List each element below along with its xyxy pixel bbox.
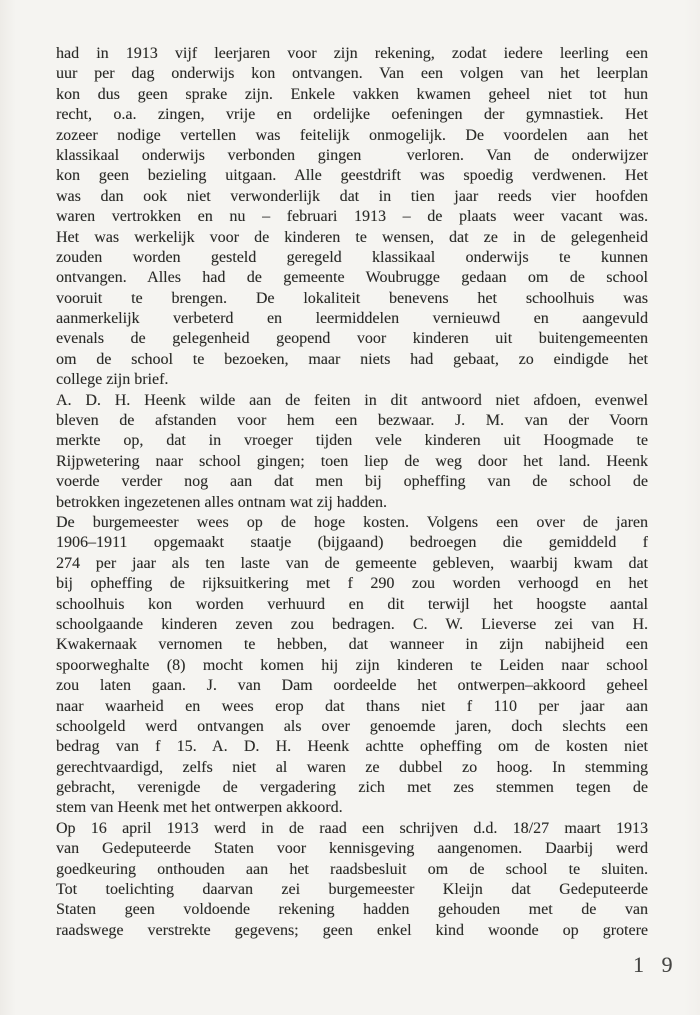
text-block: had in 1913 vijf leerjaren voor zijn rek…	[56, 44, 648, 941]
text-line: Tot toelichting daarvan zei burgemeester…	[56, 880, 648, 900]
text-line: Kwakernaak vernomen te hebben, dat wanne…	[56, 635, 648, 655]
page-number: 1 9	[633, 952, 679, 978]
text-line: merkte op, dat in vroeger tijden vele ki…	[56, 431, 648, 451]
text-line: naar waarheid en wees erop dat thans nie…	[56, 697, 648, 717]
text-line: spoorweghalte (8) mocht komen hij zijn k…	[56, 656, 648, 676]
text-line: Het was werkelijk voor de kinderen te we…	[56, 228, 648, 248]
text-line: recht, o.a. zingen, vrije en ordelijke o…	[56, 105, 648, 125]
text-line: 274 per jaar als ten laste van de gemeen…	[56, 554, 648, 574]
text-line: zou laten gaan. J. van Dam oordeelde het…	[56, 676, 648, 696]
text-line: vooruit te brengen. De lokaliteit beneve…	[56, 289, 648, 309]
text-line: was dan ook niet verwonderlijk dat in ti…	[56, 187, 648, 207]
text-line: van Gedeputeerde Staten voor kennisgevin…	[56, 839, 648, 859]
text-line: gebracht, verenigde de vergadering zich …	[56, 778, 648, 798]
text-line: bedrag van f 15. A. D. H. Heenk achtte o…	[56, 737, 648, 757]
text-line: gerechtvaardigd, zelfs niet al waren ze …	[56, 758, 648, 778]
text-line: stem van Heenk met het ontwerpen akkoord…	[56, 798, 648, 818]
text-line: schoolgaande kinderen zeven zou bedragen…	[56, 615, 648, 635]
text-line: klassikaal onderwijs verbonden gingen ve…	[56, 146, 648, 166]
text-line: Rijpwetering naar school gingen; toen li…	[56, 452, 648, 472]
text-line: kon dus geen sprake zijn. Enkele vakken …	[56, 85, 648, 105]
text-line: schoolgeld werd ontvangen als over genoe…	[56, 717, 648, 737]
text-line: schoolhuis kon worden verhuurd en dit te…	[56, 595, 648, 615]
text-line: college zijn brief.	[56, 370, 648, 390]
text-line: waren vertrokken en nu – februari 1913 –…	[56, 207, 648, 227]
text-line: voerde verder nog aan dat men bij opheff…	[56, 472, 648, 492]
text-line: had in 1913 vijf leerjaren voor zijn rek…	[56, 44, 648, 64]
text-line: ontvangen. Alles had de gemeente Woubrug…	[56, 268, 648, 288]
text-line: uur per dag onderwijs kon ontvangen. Van…	[56, 64, 648, 84]
document-page: had in 1913 vijf leerjaren voor zijn rek…	[0, 0, 700, 1015]
text-line: A. D. H. Heenk wilde aan de feiten in di…	[56, 391, 648, 411]
text-line: bleven de afstanden voor hem een bezwaar…	[56, 411, 648, 431]
text-line: De burgemeester wees op de hoge kosten. …	[56, 513, 648, 533]
text-line: evenals de gelegenheid geopend voor kind…	[56, 329, 648, 349]
text-line: om de school te bezoeken, maar niets had…	[56, 350, 648, 370]
text-line: Op 16 april 1913 werd in de raad een sch…	[56, 819, 648, 839]
text-line: kon geen bezieling uitgaan. Alle geestdr…	[56, 166, 648, 186]
text-line: goedkeuring onthouden aan het raadsbeslu…	[56, 860, 648, 880]
text-line: 1906–1911 opgemaakt staatje (bijgaand) b…	[56, 533, 648, 553]
text-line: raadswege verstrekte gegevens; geen enke…	[56, 921, 648, 941]
text-line: aanmerkelijk verbeterd en leermiddelen v…	[56, 309, 648, 329]
text-line: zozeer nodige vertellen was feitelijk on…	[56, 126, 648, 146]
text-line: betrokken ingezetenen alles ontnam wat z…	[56, 493, 648, 513]
text-line: Staten geen voldoende rekening hadden ge…	[56, 900, 648, 920]
text-line: bij opheffing de rijksuitkering met f 29…	[56, 574, 648, 594]
text-line: zouden worden gesteld geregeld klassikaa…	[56, 248, 648, 268]
